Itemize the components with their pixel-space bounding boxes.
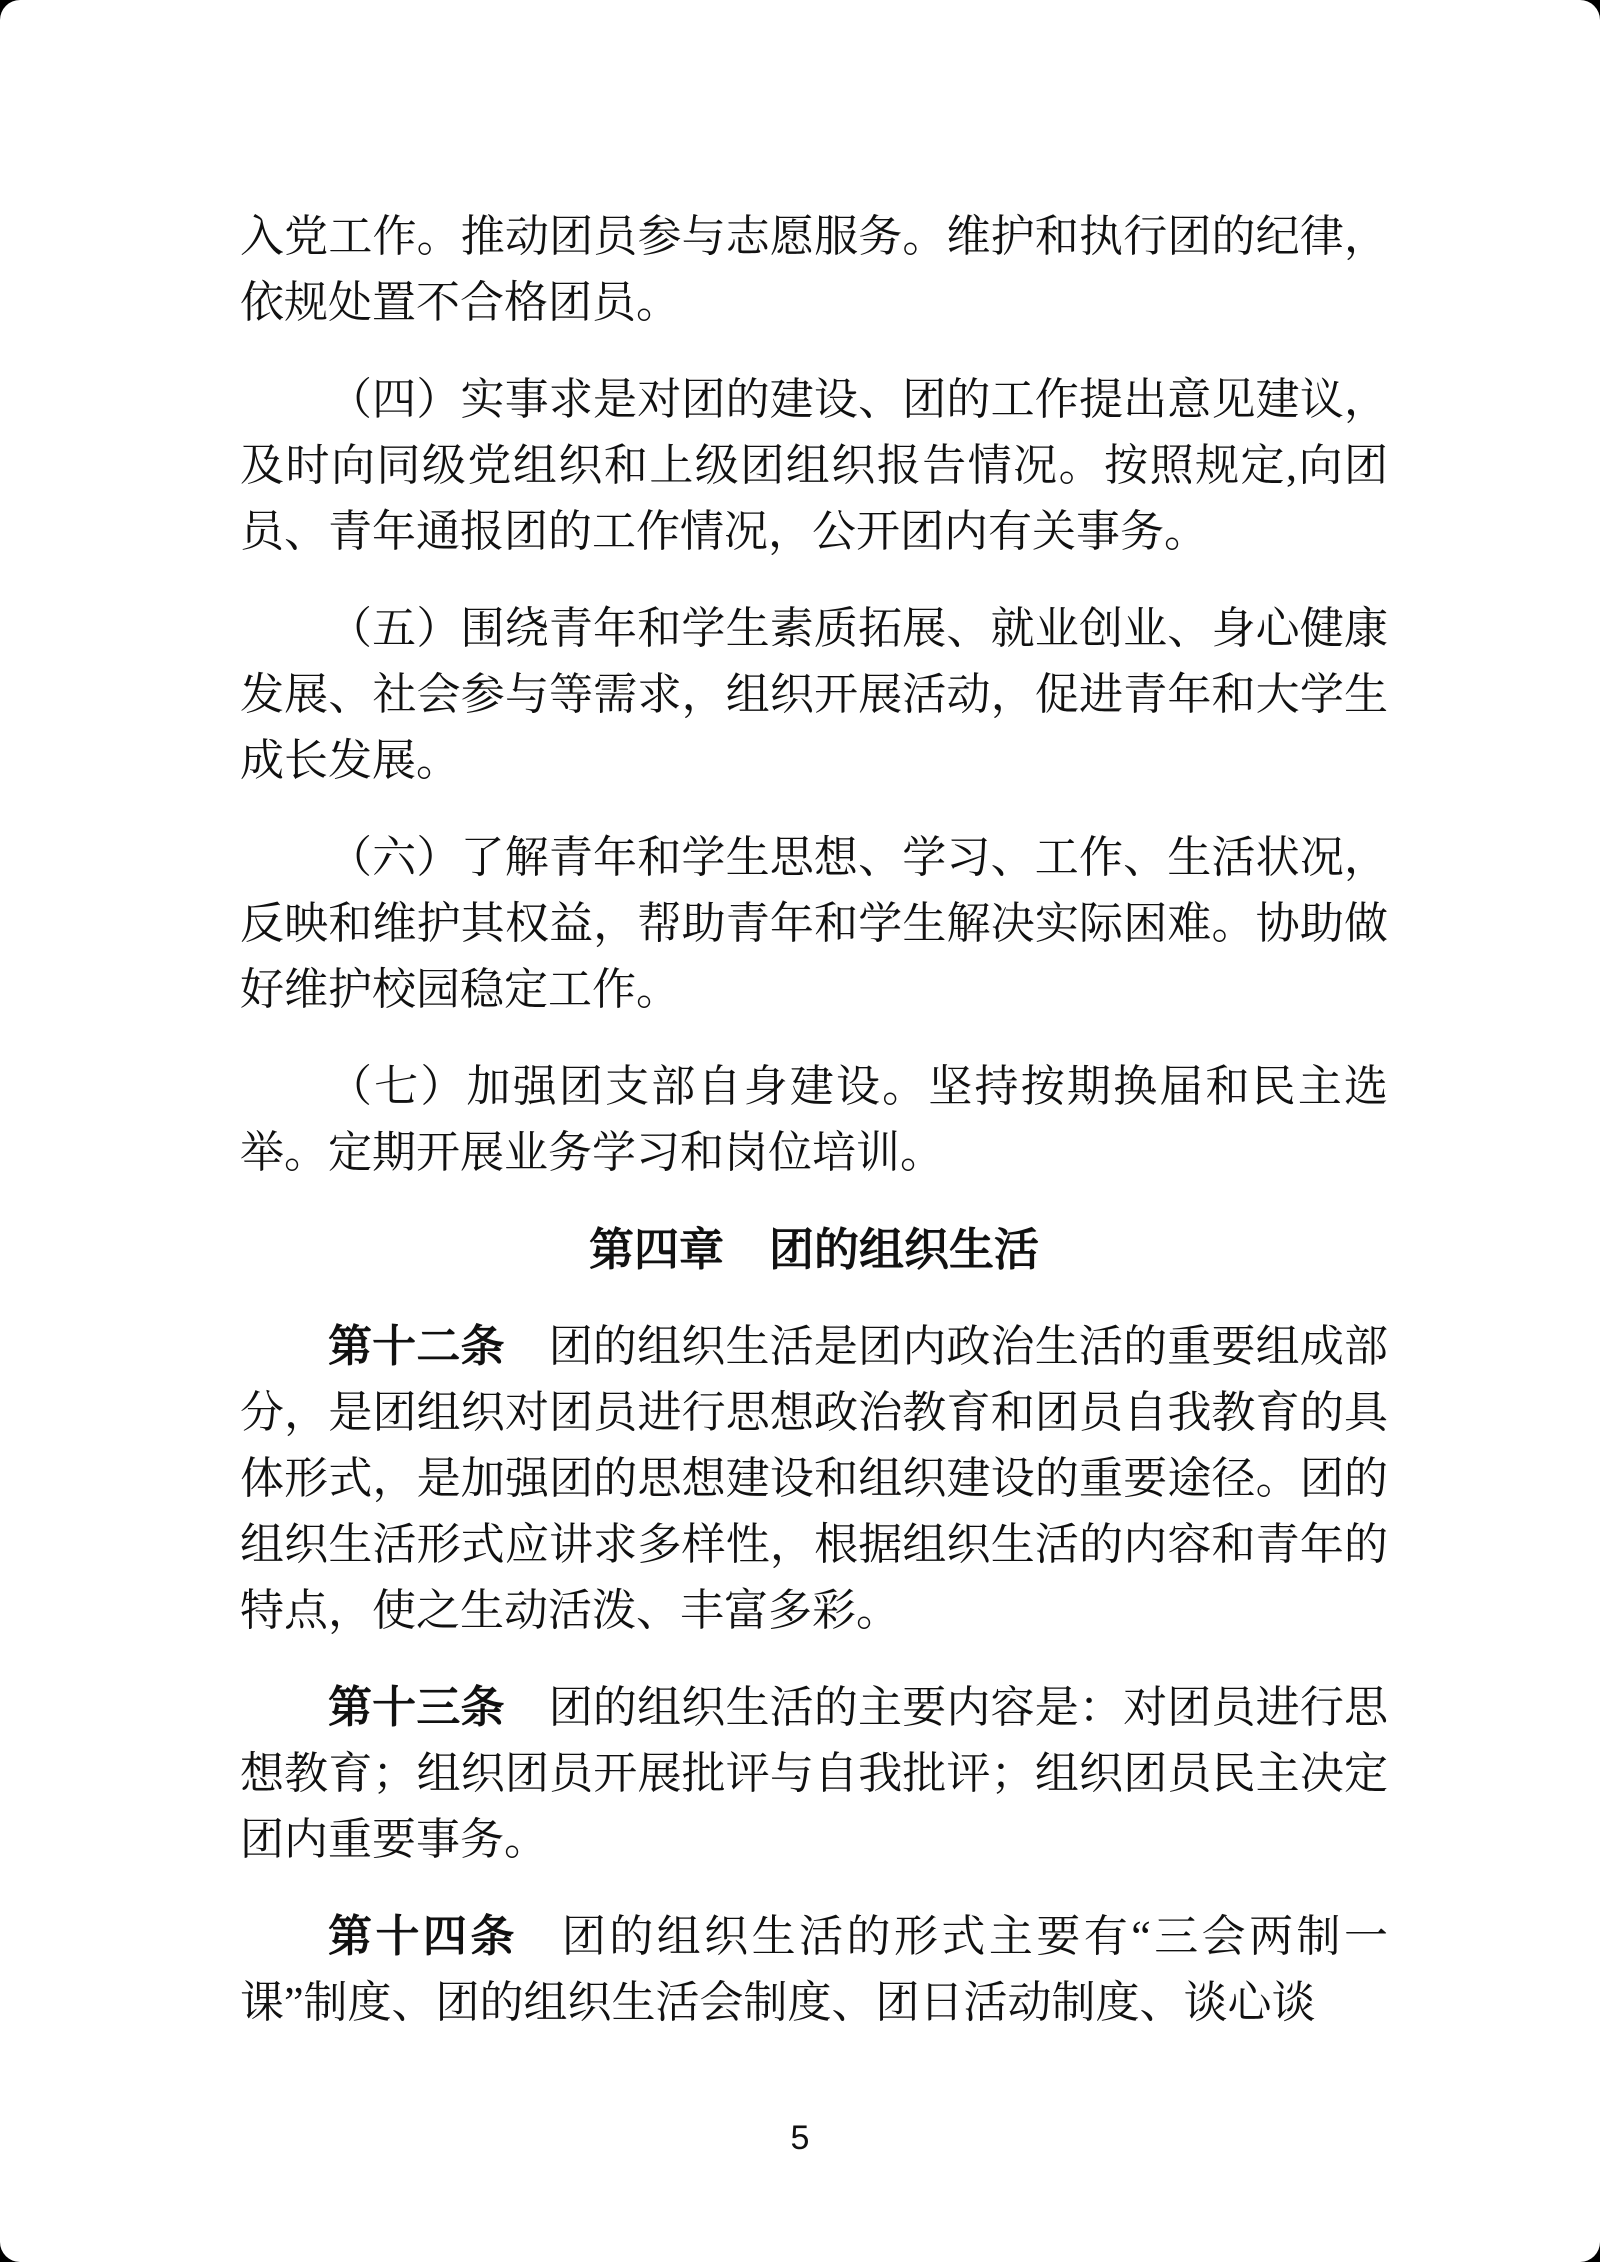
paragraph-item-qi: （七）加强团支部自身建设。坚持按期换届和民主选举。定期开展业务学习和岗位培训。 [240,1054,1388,1186]
article-13-label: 第十三条 [328,1683,505,1732]
document-page: 入党工作。推动团员参与志愿服务。维护和执行团的纪律，依规处置不合格团员。 （四）… [0,0,1600,2262]
article-12-label: 第十二条 [328,1322,505,1371]
chapter-heading: 第四章 团的组织生活 [240,1217,1388,1283]
paragraph-item-liu: （六）了解青年和学生思想、学习、工作、生活状况，反映和维护其权益，帮助青年和学生… [240,825,1388,1023]
article-14: 第十四条团的组织生活的形式主要有“三会两制一课”制度、团的组织生活会制度、团日活… [240,1904,1388,2036]
paragraph-continuation: 入党工作。推动团员参与志愿服务。维护和执行团的纪律，依规处置不合格团员。 [240,204,1388,336]
paragraph-item-wu: （五）围绕青年和学生素质拓展、就业创业、身心健康发展、社会参与等需求，组织开展活… [240,596,1388,794]
paragraph-item-si: （四）实事求是对团的建设、团的工作提出意见建议，及时向同级党组织和上级团组织报告… [240,367,1388,565]
page-content: 入党工作。推动团员参与志愿服务。维护和执行团的纪律，依规处置不合格团员。 （四）… [240,204,1388,2067]
article-12: 第十二条团的组织生活是团内政治生活的重要组成部分，是团组织对团员进行思想政治教育… [240,1314,1388,1644]
article-13: 第十三条团的组织生活的主要内容是：对团员进行思想教育；组织团员开展批评与自我批评… [240,1675,1388,1873]
page-number: 5 [0,2118,1600,2158]
article-14-label: 第十四条 [328,1912,518,1961]
